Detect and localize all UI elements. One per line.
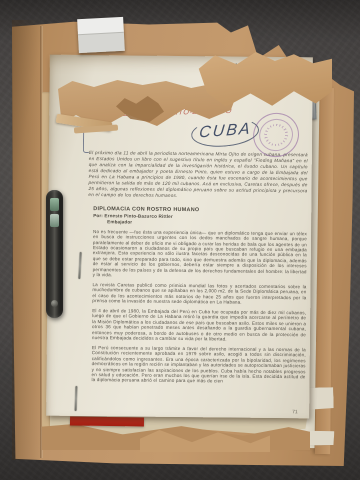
folded-white-slip [77, 17, 125, 53]
article-paragraph: No es frecuente —fue ésta una experienci… [93, 229, 307, 280]
red-label-strip [70, 416, 144, 426]
article-body: DIPLOMACIA CON ROSTRO HUMANO Por: Ernest… [91, 207, 307, 385]
fastener-rivet [51, 300, 58, 307]
fastener-glint [50, 198, 59, 211]
article-byline-role: Embajador [107, 219, 307, 227]
article-paragraph: La revista Caretas publicó como primicia… [92, 282, 306, 306]
folder-left-shadow [12, 20, 42, 460]
article-intro: El próximo día 11 de abril la periodista… [88, 150, 307, 200]
fastener-glint [50, 214, 59, 227]
page-number: 71 [292, 409, 298, 415]
article-paragraph: El Perú consecuente a su largo trámite a… [91, 345, 305, 385]
article-paragraph: El 4 de abril de 1980, la Embajada del P… [92, 308, 306, 343]
